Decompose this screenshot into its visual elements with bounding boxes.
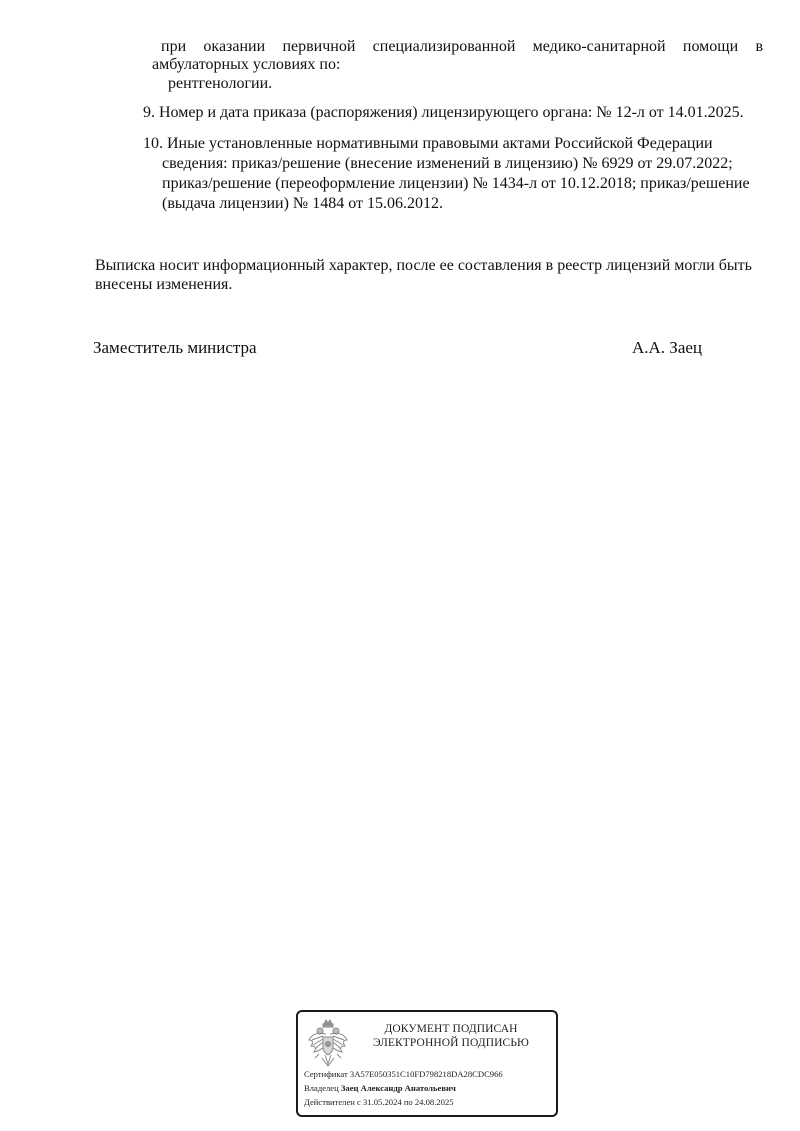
item10-line1: 10. Иные установленные нормативными прав… — [143, 135, 713, 153]
stamp-owner: Владелец Заец Александр Анатольевич — [304, 1083, 456, 1094]
stamp-title-line1: ДОКУМЕНТ ПОДПИСАН — [356, 1022, 546, 1036]
item10-line4: (выдача лицензии) № 1484 от 15.06.2012. — [162, 195, 443, 213]
stamp-validity: Действителен с 31.05.2024 по 24.08.2025 — [304, 1097, 454, 1108]
electronic-signature-stamp: ДОКУМЕНТ ПОДПИСАН ЭЛЕКТРОННОЙ ПОДПИСЬЮ С… — [296, 1010, 558, 1117]
double-headed-eagle-emblem-icon — [306, 1018, 350, 1070]
signatory-name: А.А. Заец — [632, 339, 702, 357]
item10-line3: приказ/решение (переоформление лицензии)… — [162, 175, 750, 193]
disclaimer-line1: Выписка носит информационный характер, п… — [95, 257, 752, 275]
item8-continuation-line1: при оказании первичной специализированно… — [161, 38, 763, 56]
stamp-certificate: Сертификат 3A57E050351C10FD798218DA28CDC… — [304, 1069, 503, 1080]
item8-continuation-line3: рентгенологии. — [168, 75, 272, 93]
stamp-title-line2: ЭЛЕКТРОННОЙ ПОДПИСЬЮ — [356, 1036, 546, 1050]
owner-label: Владелец — [304, 1083, 339, 1093]
disclaimer-line2: внесены изменения. — [95, 276, 232, 294]
certificate-value: 3A57E050351C10FD798218DA28CDC966 — [350, 1069, 503, 1079]
owner-value: Заец Александр Анатольевич — [341, 1083, 456, 1093]
validity-value: с 31.05.2024 по 24.08.2025 — [357, 1097, 454, 1107]
stamp-title: ДОКУМЕНТ ПОДПИСАН ЭЛЕКТРОННОЙ ПОДПИСЬЮ — [356, 1022, 546, 1050]
item8-continuation-line2: амбулаторных условиях по: — [152, 56, 340, 74]
item9-order-number: 9. Номер и дата приказа (распоряжения) л… — [143, 104, 744, 122]
signatory-position: Заместитель министра — [93, 339, 257, 357]
validity-label: Действителен — [304, 1097, 355, 1107]
certificate-label: Сертификат — [304, 1069, 348, 1079]
item10-line2: сведения: приказ/решение (внесение измен… — [162, 155, 733, 173]
